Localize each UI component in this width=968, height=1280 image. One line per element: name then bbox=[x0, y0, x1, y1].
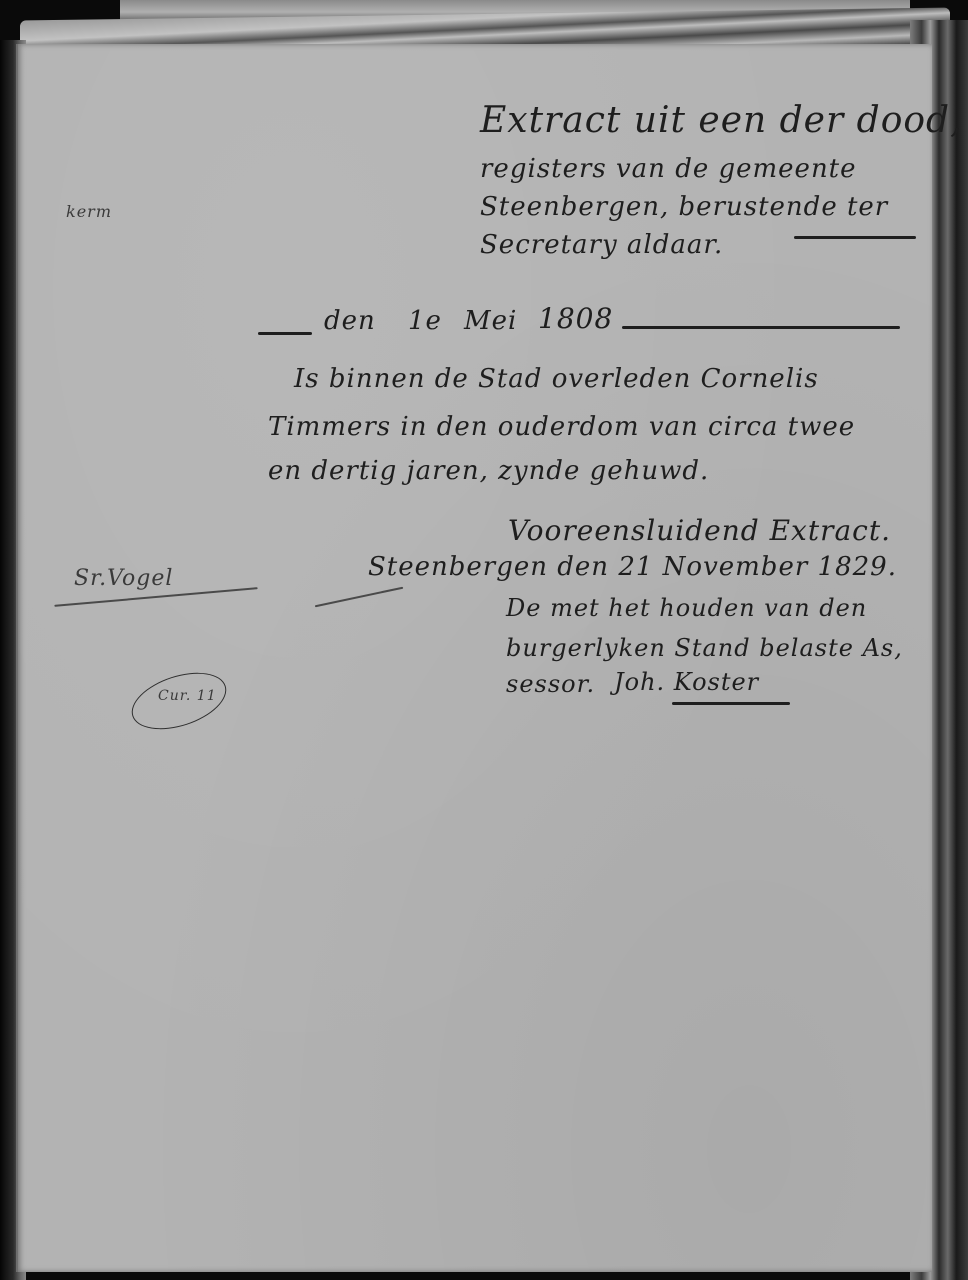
date-month: Mei bbox=[464, 306, 517, 336]
date-line-left-rule bbox=[258, 332, 312, 335]
date-prefix: den bbox=[324, 306, 376, 336]
place-and-date: Steenbergen den 21 November 1829. bbox=[368, 552, 897, 582]
signature-line-2: burgerlyken Stand belaste As, bbox=[506, 634, 903, 662]
place-flourish bbox=[315, 587, 403, 607]
signature-name: Joh. Koster bbox=[614, 668, 759, 696]
body-line-2: Timmers in den ouderdom van circa twee bbox=[268, 412, 855, 442]
heading-line-2: registers van de gemeente bbox=[480, 154, 857, 184]
heading-line-4: Secretary aldaar. bbox=[480, 230, 723, 260]
signature-line-3: sessor. bbox=[506, 670, 595, 698]
signature-underline bbox=[672, 702, 790, 705]
body-line-3: en dertig jaren, zynde gehuwd. bbox=[268, 456, 709, 486]
margin-note-top-left: kerm bbox=[66, 202, 112, 221]
date-day: 1e bbox=[408, 306, 442, 336]
date-line-right-rule bbox=[622, 326, 900, 329]
date-year: 1808 bbox=[538, 302, 613, 335]
circled-note-text: Cur. 11 bbox=[158, 688, 217, 704]
document-page: Extract uit een der dood, registers van … bbox=[16, 44, 932, 1272]
attestation: Vooreensluidend Extract. bbox=[508, 514, 891, 547]
heading-line-3: Steenbergen, berustende ter bbox=[480, 192, 888, 222]
heading-end-rule bbox=[794, 236, 916, 239]
body-line-1: Is binnen de Stad overleden Cornelis bbox=[294, 364, 819, 394]
heading-line-1: Extract uit een der dood, bbox=[480, 100, 963, 141]
signature-line-1: De met het houden van den bbox=[506, 594, 867, 622]
margin-note-signature: Sr.Vogel bbox=[74, 566, 173, 591]
